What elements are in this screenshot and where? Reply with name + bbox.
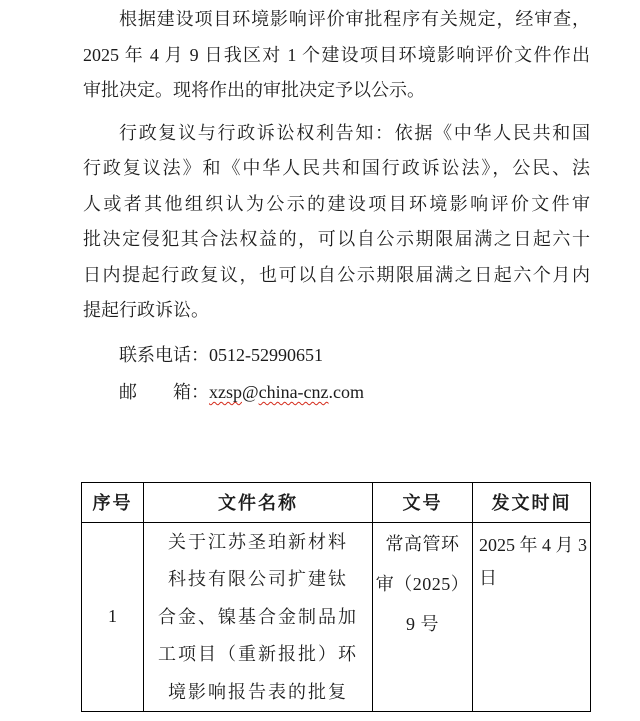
table-header-row: 序号 文件名称 文号 发文时间 bbox=[82, 482, 591, 522]
text-line: 2025 年 4 月 3 bbox=[479, 529, 590, 562]
header-cell-file-name: 文件名称 bbox=[144, 482, 373, 522]
cell-doc-number: 常高管环审（2025）9 号 bbox=[373, 522, 473, 712]
table-row: 1 关于江苏圣珀新材料科技有限公司扩建钛合金、镍基合金制品加工项目（重新报批）环… bbox=[82, 522, 591, 712]
text-line: 科技有限公司扩建钛 bbox=[144, 561, 372, 599]
cell-file-name: 关于江苏圣珀新材料科技有限公司扩建钛合金、镍基合金制品加工项目（重新报批）环境影… bbox=[144, 522, 373, 712]
cell-seq: 1 bbox=[82, 522, 144, 712]
email-label: 邮 箱： bbox=[119, 382, 209, 402]
header-cell-doc-number: 文号 bbox=[373, 482, 473, 522]
email-domain-part: china-cnz bbox=[259, 382, 329, 402]
text-line: 境影响报告表的批复 bbox=[144, 674, 372, 712]
cell-issue-date: 2025 年 4 月 3日 bbox=[473, 522, 591, 712]
text-line: 行政复议与行政诉讼权利告知：依据《中华人民共和国 bbox=[83, 116, 590, 152]
text-line: 工项目（重新报批）环 bbox=[144, 636, 372, 674]
paragraph-approval-intro: 根据建设项目环境影响评价审批程序有关规定，经审查，2025 年 4 月 9 日我… bbox=[83, 2, 590, 109]
email-user-part: xzsp bbox=[209, 382, 242, 402]
text-line: 审批决定。现将作出的审批决定予以公示。 bbox=[83, 73, 590, 109]
contact-email-line: 邮 箱：xzsp@china-cnz.com bbox=[83, 375, 590, 411]
text-line: 常高管环 bbox=[373, 524, 472, 564]
paragraph-appeal-rights: 行政复议与行政诉讼权利告知：依据《中华人民共和国行政复议法》和《中华人民共和国行… bbox=[83, 116, 590, 329]
notice-page: 根据建设项目环境影响评价审批程序有关规定，经审查，2025 年 4 月 9 日我… bbox=[0, 0, 640, 721]
notice-body: 根据建设项目环境影响评价审批程序有关规定，经审查，2025 年 4 月 9 日我… bbox=[83, 2, 590, 411]
text-line: 人或者其他组织认为公示的建设项目环境影响评价文件审 bbox=[83, 187, 590, 223]
text-line: 关于江苏圣珀新材料 bbox=[144, 524, 372, 562]
email-tld-part: .com bbox=[329, 382, 365, 402]
text-line: 合金、镍基合金制品加 bbox=[144, 599, 372, 637]
text-line: 2025 年 4 月 9 日我区对 1 个建设项目环境影响评价文件作出 bbox=[83, 38, 590, 74]
text-line: 日 bbox=[479, 562, 590, 595]
text-line: 日内提起行政复议，也可以自公示期限届满之日起六个月内 bbox=[83, 258, 590, 294]
header-cell-seq: 序号 bbox=[82, 482, 144, 522]
text-line: 审（2025） bbox=[373, 564, 472, 604]
header-cell-issue-date: 发文时间 bbox=[473, 482, 591, 522]
approval-decisions-table: 序号 文件名称 文号 发文时间 1 关于江苏圣珀新材料科技有限公司扩建钛合金、镍… bbox=[81, 482, 591, 713]
email-at-sign: @ bbox=[242, 382, 259, 402]
text-line: 根据建设项目环境影响评价审批程序有关规定，经审查， bbox=[83, 2, 590, 38]
text-line: 行政复议法》和《中华人民共和国行政诉讼法》，公民、法 bbox=[83, 151, 590, 187]
text-line: 9 号 bbox=[373, 604, 472, 644]
contact-phone-line: 联系电话：0512-52990651 bbox=[83, 338, 590, 374]
email-address: xzsp@china-cnz.com bbox=[209, 382, 364, 402]
text-line: 批决定侵犯其合法权益的，可以自公示期限届满之日起六十 bbox=[83, 222, 590, 258]
text-line: 提起行政诉讼。 bbox=[83, 293, 590, 329]
